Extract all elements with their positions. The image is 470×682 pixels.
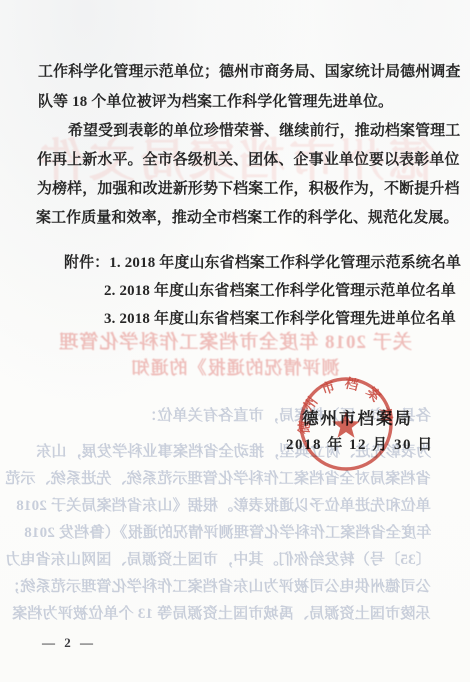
attachment-line: 附件：1. 2018 年度山东省档案工作科学化管理示范系统名单 <box>64 251 461 272</box>
bleed-body-line: 年度全省档案工作科学化管理测评情况的通报》（鲁档发 2018 <box>24 521 431 542</box>
body-text-line: 队等 18 个单位被评为档案工作科学化管理先进单位。 <box>38 90 393 111</box>
bleed-title-line: 关于 2018 年度全市档案工作科学化管理 <box>0 327 470 354</box>
body-text-line: 案工作质量和效率，推动全市档案工作的科学化、规范化发展。 <box>36 206 459 227</box>
bleed-body-line: 单位和先进单位予以通报表彰。根据《山东省档案局关于 2018 <box>16 494 431 515</box>
bleed-title-line: 测评情况的通报》的通知 <box>0 354 470 380</box>
body-text-line: 为榜样，加强和改进新形势下档案工作，积极作为，不断提升档 <box>37 177 460 198</box>
seal-star-icon <box>332 412 360 438</box>
bleed-body-line: 公司德州供电公司被评为山东省档案工作科学化管理示范系统； <box>5 575 431 596</box>
bleed-body-line: 乐陵市国土资源局、禹城市国土资源局等 13 个单位被评为档案 <box>12 602 431 623</box>
attachment-line: 2. 2018 年度山东省档案工作科学化管理示范单位名单 <box>104 279 456 300</box>
bleed-body-line: 〔35〕号）转发给你们。其中，市国土资源局、国网山东省电力 <box>5 548 431 569</box>
body-text-line: 希望受到表彰的单位珍惜荣誉、继续前行，推动档案管理工 <box>68 119 460 140</box>
scanned-document-page: 德州市档案局文件 关于 2018 年度全市档案工作科学化管理 测评情况的通报》的… <box>0 0 470 682</box>
body-text-line: 作再上新水平。全市各级机关、团体、企事业单位要以表彰单位 <box>37 148 460 169</box>
official-seal-stamp: 德州市档案局 <box>297 375 395 473</box>
body-text-line: 工作科学化管理示范单位；德州市商务局、国家统计局德州调查 <box>38 60 461 81</box>
attachment-line: 3. 2018 年度山东省档案工作科学化管理先进单位名单 <box>104 307 456 328</box>
page-number: — 2 — <box>42 635 96 651</box>
